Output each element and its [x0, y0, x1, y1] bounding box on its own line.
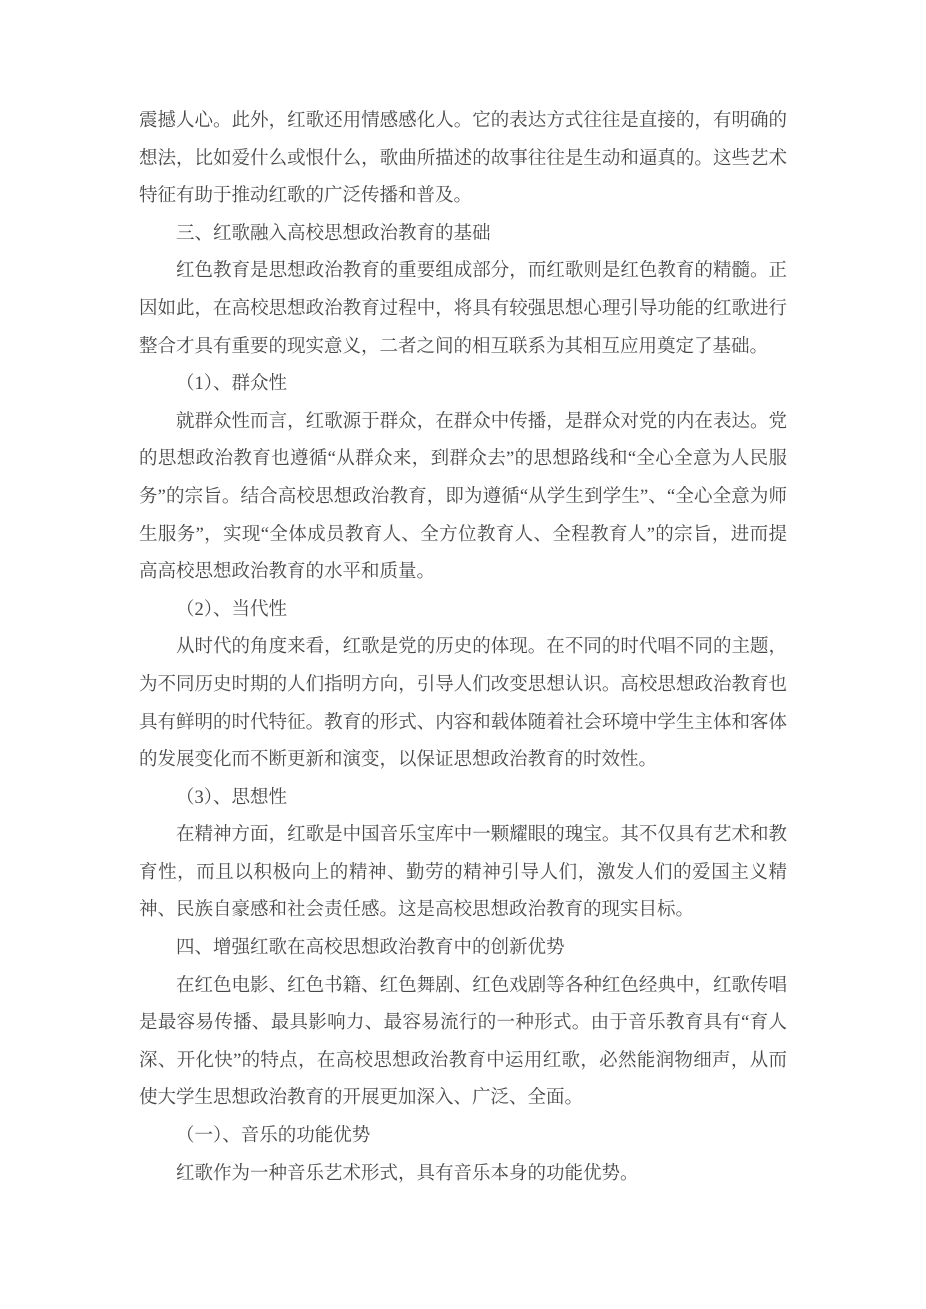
- paragraph: 就群众性而言，红歌源于群众，在群众中传播，是群众对党的内在表达。党的思想政治教育…: [139, 404, 787, 592]
- paragraph: 在红色电影、红色书籍、红色舞剧、红色戏剧等各种红色经典中，红歌传唱是最容易传播、…: [139, 968, 787, 1118]
- section-heading-3: 三、红歌融入高校思想政治教育的基础: [139, 216, 787, 254]
- sub-heading-1-masses: （1）、群众性: [139, 366, 787, 404]
- sub-heading-music-advantage: （一）、音乐的功能优势: [139, 1118, 787, 1156]
- paragraph: 从时代的角度来看，红歌是党的历史的体现。在不同的时代唱不同的主题，为不同历史时期…: [139, 629, 787, 779]
- paragraph: 红歌作为一种音乐艺术形式，具有音乐本身的功能优势。: [139, 1156, 787, 1194]
- paragraph: 在精神方面，红歌是中国音乐宝库中一颗耀眼的瑰宝。其不仅具有艺术和教育性，而且以积…: [139, 817, 787, 930]
- document-text-body: 震撼人心。此外，红歌还用情感感化人。它的表达方式往往是直接的，有明确的想法，比如…: [139, 103, 787, 1193]
- document-page: 震撼人心。此外，红歌还用情感感化人。它的表达方式往往是直接的，有明确的想法，比如…: [0, 0, 926, 1309]
- paragraph-continuation: 震撼人心。此外，红歌还用情感感化人。它的表达方式往往是直接的，有明确的想法，比如…: [139, 103, 787, 216]
- paragraph: 红色教育是思想政治教育的重要组成部分，而红歌则是红色教育的精髓。正因如此，在高校…: [139, 253, 787, 366]
- sub-heading-3-ideological: （3）、思想性: [139, 780, 787, 818]
- sub-heading-2-contemporary: （2）、当代性: [139, 592, 787, 630]
- section-heading-4: 四、增强红歌在高校思想政治教育中的创新优势: [139, 930, 787, 968]
